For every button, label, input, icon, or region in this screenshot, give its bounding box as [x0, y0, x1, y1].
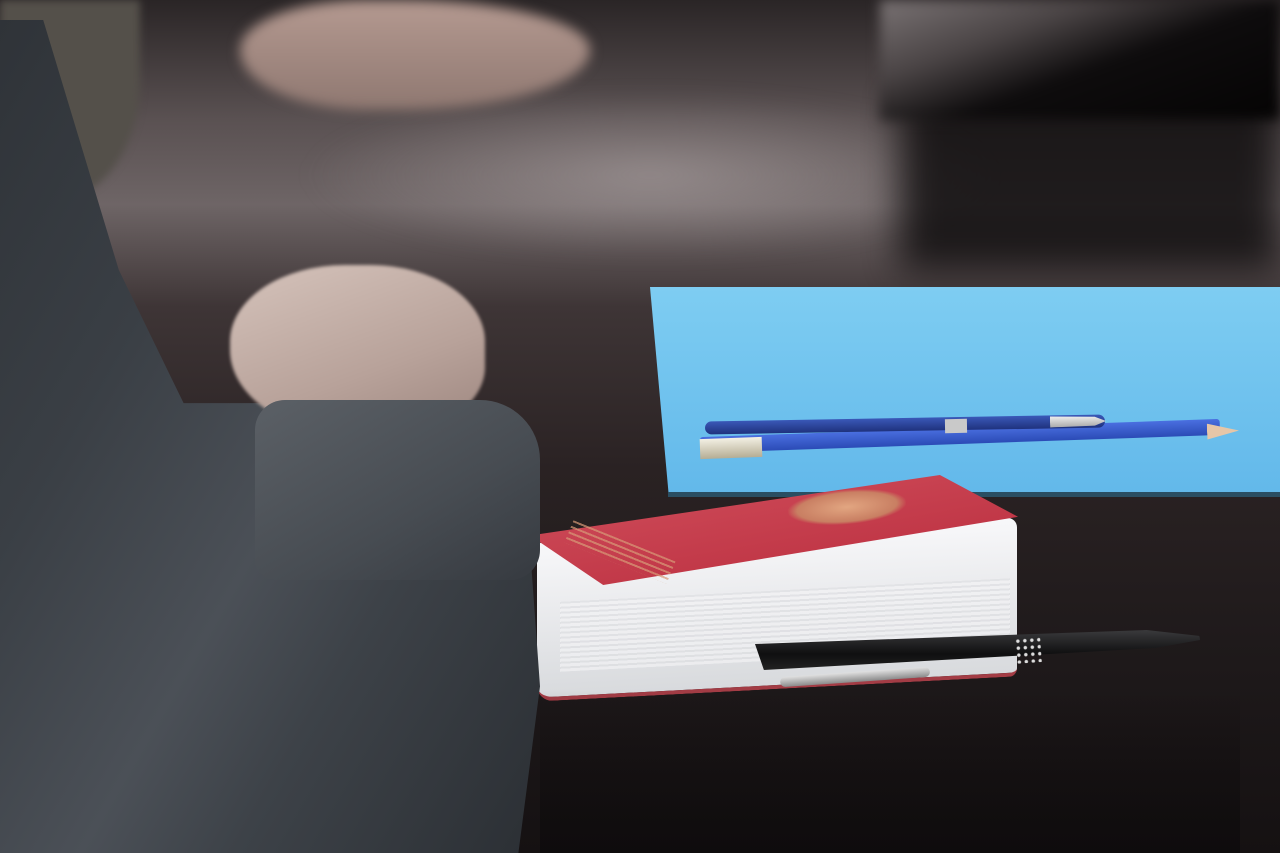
blue-folder	[650, 287, 1280, 497]
table-reflection	[540, 690, 1240, 853]
pencil-cap	[700, 437, 763, 459]
suit-cuff	[255, 400, 540, 580]
blurred-monitor	[880, 0, 1280, 120]
black-pen-dot-pattern	[1014, 636, 1042, 664]
blue-pen-ring	[945, 419, 967, 433]
photo-scene	[0, 0, 1280, 853]
